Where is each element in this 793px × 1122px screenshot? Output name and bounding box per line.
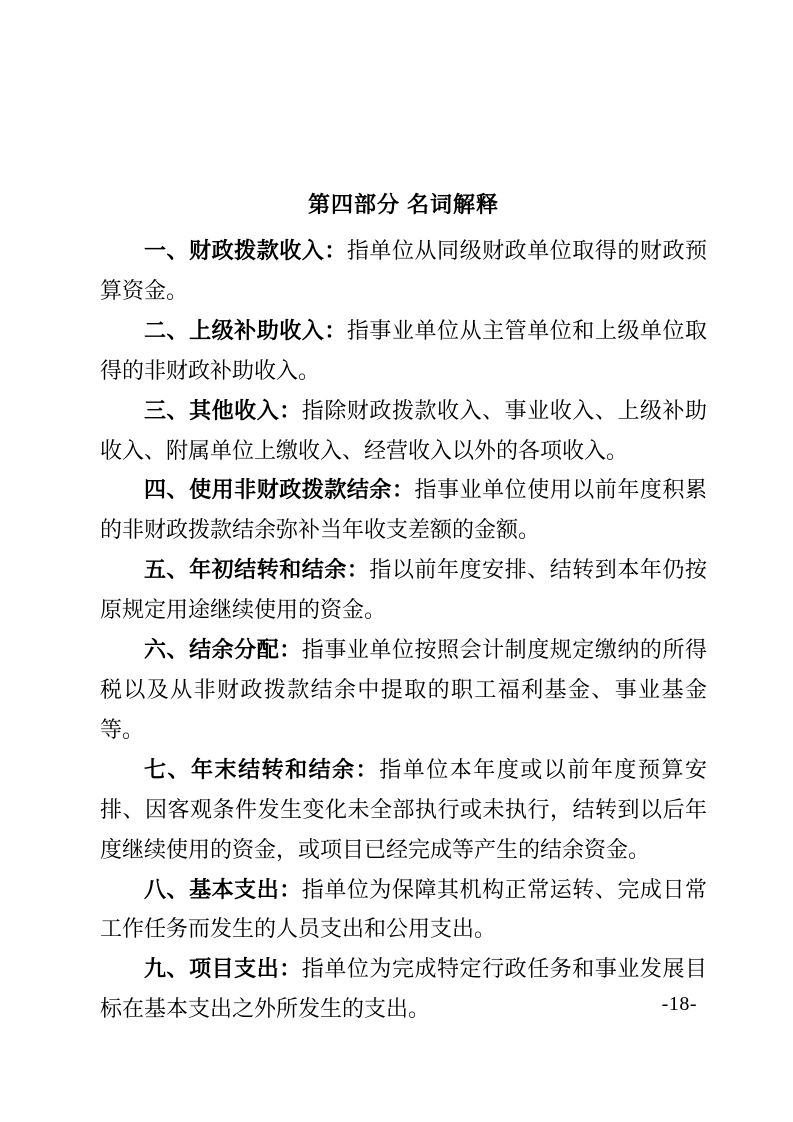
term-label: 一、财政拨款收入：: [144, 238, 347, 263]
term-label: 三、其他收入：: [144, 398, 302, 423]
term-paragraph: 二、上级补助收入：指事业单位从主管单位和上级单位取得的非财政补助收入。: [100, 311, 707, 391]
term-paragraph: 七、年末结转和结余：指单位本年度或以前年度预算安排、因客观条件发生变化未全部执行…: [100, 750, 707, 870]
term-label: 五、年初结转和结余：: [144, 557, 369, 582]
term-paragraph: 八、基本支出：指单位为保障其机构正常运转、完成日常工作任务而发生的人员支出和公用…: [100, 870, 707, 950]
term-paragraph: 六、结余分配：指事业单位按照会计制度规定缴纳的所得税以及从非财政拨款结余中提取的…: [100, 630, 707, 750]
term-paragraph: 三、其他收入：指除财政拨款收入、事业收入、上级补助收入、附属单位上缴收入、经营收…: [100, 391, 707, 471]
term-label: 四、使用非财政拨款结余：: [144, 477, 415, 502]
term-label: 六、结余分配：: [144, 637, 302, 662]
term-paragraph: 五、年初结转和结余：指以前年度安排、结转到本年仍按原规定用途继续使用的资金。: [100, 550, 707, 630]
term-paragraph: 九、项目支出：指单位为完成特定行政任务和事业发展目标在基本支出之外所发生的支出。: [100, 949, 707, 1029]
term-paragraph: 四、使用非财政拨款结余：指事业单位使用以前年度积累的非财政拨款结余弥补当年收支差…: [100, 470, 707, 550]
page-number: -18-: [662, 991, 697, 1017]
term-label: 九、项目支出：: [144, 956, 302, 981]
term-label: 八、基本支出：: [144, 877, 302, 902]
term-paragraph: 一、财政拨款收入：指单位从同级财政单位取得的财政预算资金。: [100, 231, 707, 311]
term-label: 二、上级补助收入：: [144, 318, 347, 343]
document-page: 第四部分 名词解释 一、财政拨款收入：指单位从同级财政单位取得的财政预算资金。 …: [0, 0, 793, 1122]
section-title: 第四部分 名词解释: [100, 190, 707, 220]
document-content: 第四部分 名词解释 一、财政拨款收入：指单位从同级财政单位取得的财政预算资金。 …: [100, 190, 707, 1029]
term-label: 七、年末结转和结余：: [144, 757, 379, 782]
